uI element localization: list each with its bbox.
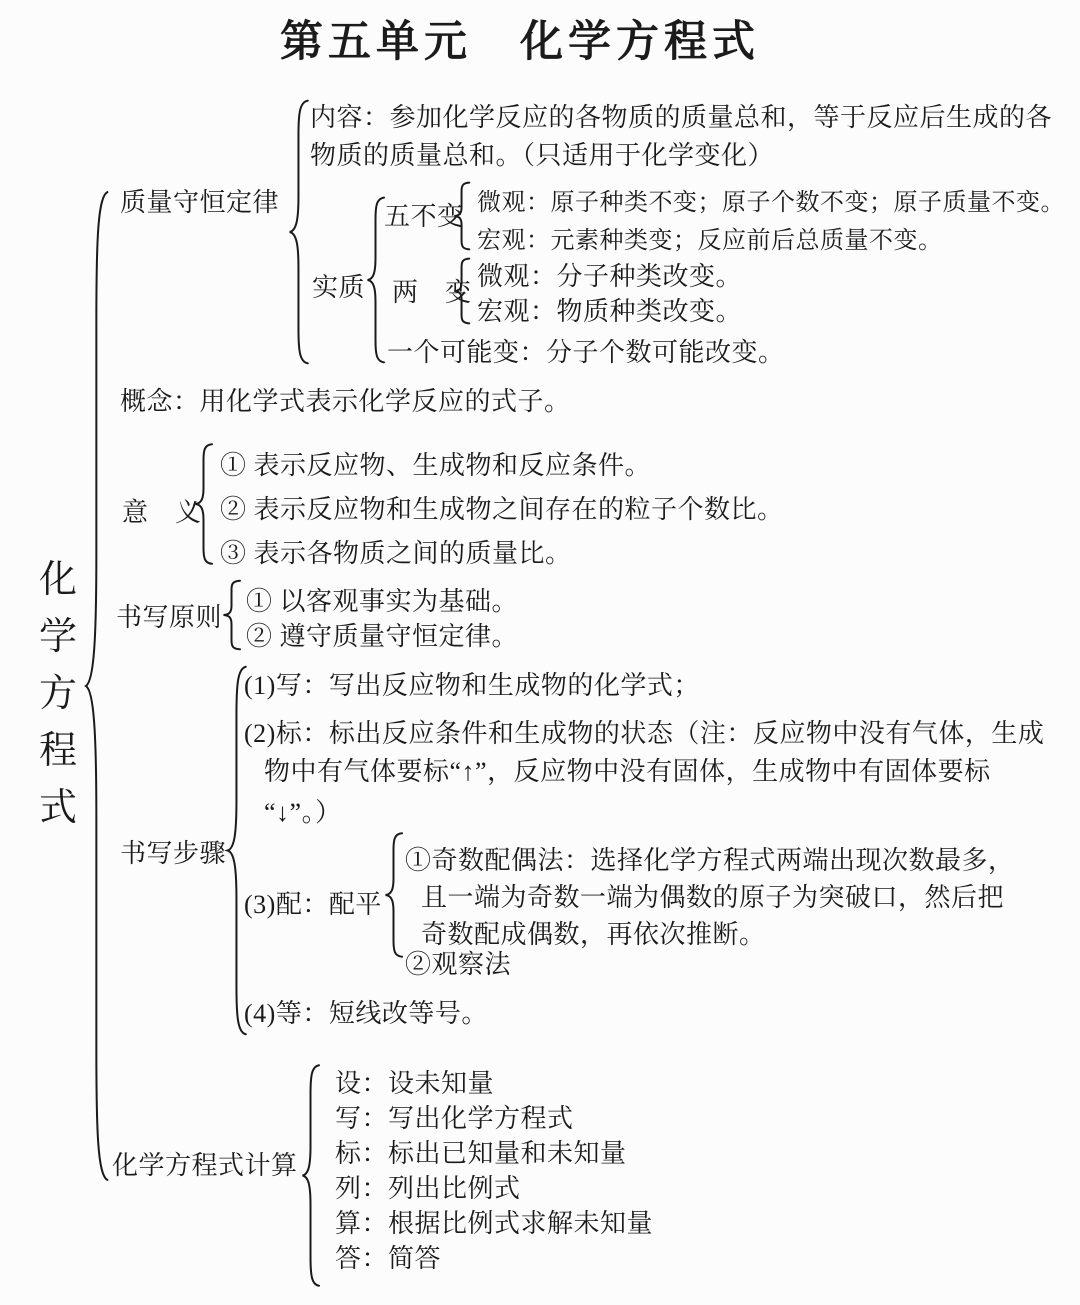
mindmap-chemical-equations: 第五单元 化学方程式 化学方程式 质量守恒定律 内容：参加化学反应的各物质的质量… — [0, 0, 1080, 1305]
calc-item-set: 设：设未知量 — [335, 1068, 494, 1101]
calc-item-mark: 标：标出已知量和未知量 — [335, 1138, 627, 1171]
steps-label: 书写步骤 — [120, 838, 226, 871]
step3-method1-line3: 奇数配成偶数，再依次推断。 — [421, 919, 766, 952]
five-unchanged-micro: 微观：原子种类不变；原子个数不变；原子质量不变。 — [477, 188, 1065, 218]
significance-label: 意 义 — [122, 497, 202, 530]
significance-item-3: ③ 表示各物质之间的质量比。 — [220, 538, 572, 571]
page-title: 第五单元 化学方程式 — [0, 8, 1040, 69]
principles-item-2: ② 遵守质量守恒定律。 — [246, 621, 518, 654]
one-maybe-change: 一个可能变：分子个数可能改变。 — [387, 337, 785, 370]
significance-item-2: ② 表示反应物和生成物之间存在的粒子个数比。 — [220, 494, 784, 527]
mass-law-content-line2: 物质的质量总和。（只适用于化学变化） — [310, 140, 774, 173]
two-changed-macro: 宏观：物质种类改变。 — [477, 296, 742, 329]
essence-brace — [366, 196, 386, 364]
calc-item-solve: 算：根据比例式求解未知量 — [335, 1208, 653, 1241]
mass-law-label: 质量守恒定律 — [120, 187, 279, 220]
essence-label: 实质 — [312, 272, 365, 305]
step2-mark-line2: 物中有气体要标“↑”，反应物中没有固体，生成物中有固体要标 — [264, 756, 991, 789]
step1-write: (1)写：写出反应物和生成物的化学式； — [244, 670, 700, 703]
root-node-label: 化学方程式 — [36, 552, 80, 837]
calc-item-list: 列：列出比例式 — [335, 1173, 521, 1206]
step3-method2: ②观察法 — [405, 949, 511, 982]
step4-equal: (4)等：短线改等号。 — [244, 998, 488, 1031]
two-changed-label: 两 变 — [392, 277, 472, 310]
calc-item-write: 写：写出化学方程式 — [335, 1103, 574, 1136]
significance-item-1: ① 表示反应物、生成物和反应条件。 — [220, 450, 651, 483]
balance-methods-brace — [384, 832, 404, 958]
step2-mark-line1: (2)标：标出反应条件和生成物的状态（注：反应物中没有气体，生成 — [244, 718, 1044, 751]
concept-text: 概念：用化学式表示化学反应的式子。 — [120, 386, 571, 419]
principles-label: 书写原则 — [116, 602, 222, 635]
calculation-label: 化学方程式计算 — [112, 1150, 298, 1183]
principles-brace — [222, 580, 242, 650]
five-unchanged-macro: 宏观：元素种类变；反应前后总质量不变。 — [477, 226, 943, 256]
principles-item-1: ① 以客观事实为基础。 — [246, 586, 518, 619]
step3-method1-line1: ①奇数配偶法：选择化学方程式两端出现次数最多， — [405, 845, 1015, 878]
mass-law-content-line1: 内容：参加化学反应的各物质的质量总和，等于反应后生成的各 — [310, 102, 1052, 135]
root-brace — [84, 182, 110, 1190]
five-unchanged-label: 五不变 — [384, 201, 464, 234]
two-changed-micro: 微观：分子种类改变。 — [477, 261, 742, 294]
calc-item-answer: 答：简答 — [335, 1243, 441, 1276]
step2-mark-line3: “↓”。） — [264, 797, 342, 830]
step3-method1-line2: 且一端为奇数一端为偶数的原子为突破口，然后把 — [421, 882, 1004, 915]
mass-law-brace — [288, 98, 310, 366]
calculation-brace — [301, 1063, 321, 1288]
step3-balance-label: (3)配：配平 — [244, 889, 382, 922]
